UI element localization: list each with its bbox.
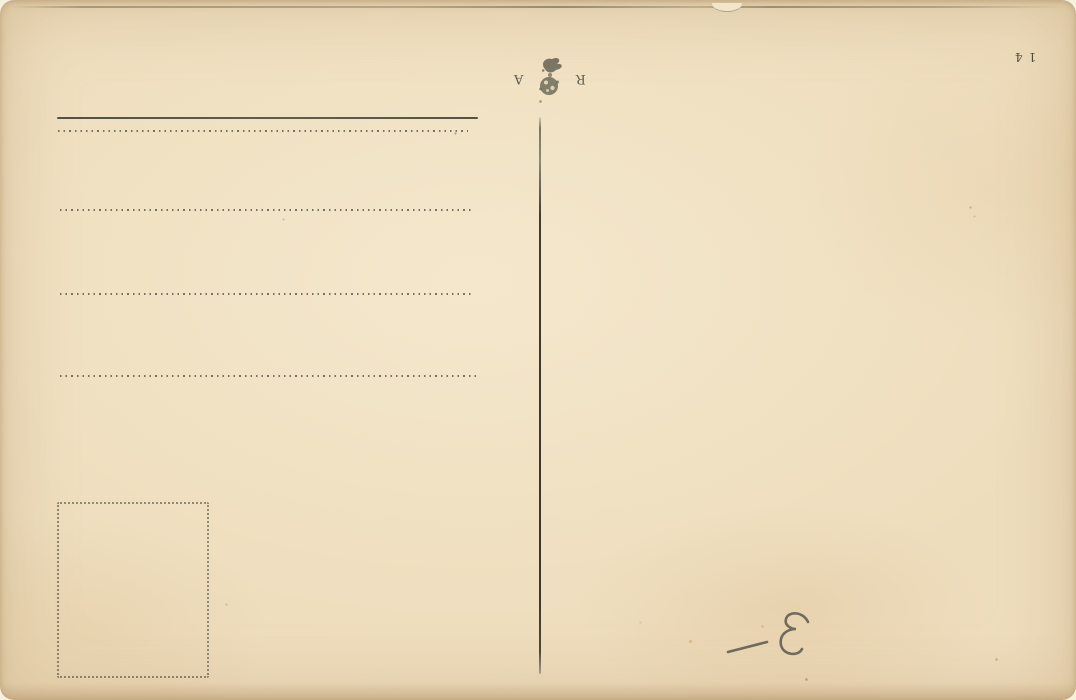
address-line-dotted-3	[60, 293, 474, 295]
divider-line	[539, 117, 541, 674]
foxing-speckles	[0, 0, 1, 1]
address-line-solid	[57, 117, 478, 119]
top-edge-tear	[712, 3, 742, 12]
bottom-edge-shadow	[0, 682, 1076, 700]
printers-number: 14	[1009, 50, 1036, 64]
address-line-dotted-1	[58, 130, 468, 132]
handwritten-price	[712, 600, 822, 672]
publisher-mark-letter-r: R	[576, 72, 586, 85]
publisher-mark-letter-a: A	[514, 72, 523, 85]
address-line-dotted-2	[60, 209, 474, 211]
publisher-mark: A R	[514, 54, 586, 102]
top-edge-crease	[10, 6, 1066, 8]
postcard-back-scan: A R 14	[0, 0, 1076, 700]
address-line-dotted-4	[60, 375, 477, 377]
postcard-paper: A R 14	[0, 0, 1076, 700]
stamp-box	[57, 502, 209, 678]
bird-and-rosette-emblem-icon	[535, 55, 565, 101]
